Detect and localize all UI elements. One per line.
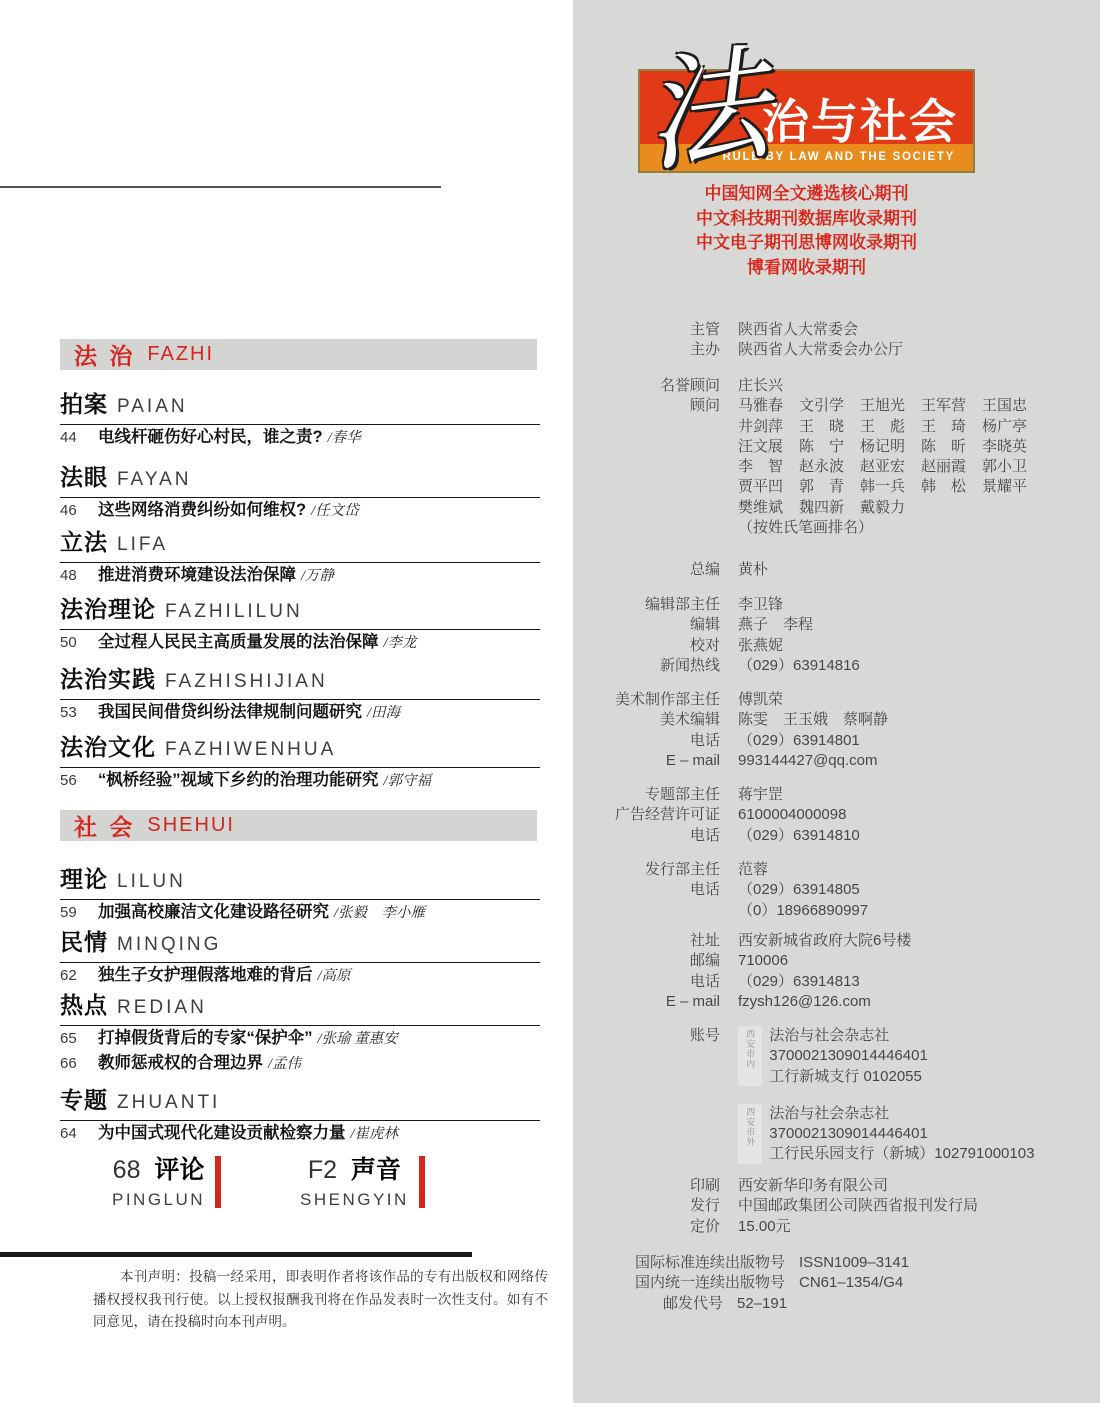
advisor-name: 王旭光 [860, 396, 905, 416]
advisor-name: 李晓英 [982, 437, 1027, 457]
advisor-names: 马雅春文引学王旭光王军营王国忠 [738, 396, 1043, 416]
toc-category: 法治理论FAZHILILUN50全过程人民民主高质量发展的法治保障/李龙 [60, 591, 540, 655]
account-lines: 法治与社会杂志社3700021309014446401工行民乐园支行（新城）10… [769, 1104, 1034, 1165]
masthead-value: 傅凯荣 [738, 690, 783, 710]
masthead-value: 西安新华印务有限公司 [738, 1176, 888, 1196]
toc-category: 法治文化FAZHIWENHUA56“枫桥经验”视域下乡约的治理功能研究/郭守福 [60, 729, 540, 793]
article-author: /孟伟 [268, 1052, 301, 1076]
category-pinyin: FAZHISHIJIAN [165, 671, 328, 693]
masthead-label: E – mail [573, 992, 720, 1012]
publication-id-value: 52–191 [737, 1295, 787, 1312]
article-title: 推进消费环境建设法治保障 [98, 563, 296, 587]
page-number: 48 [60, 564, 98, 588]
toc-category: 民情MINQING62独生子女护理假落地难的背后/高原 [60, 924, 540, 988]
ref-red-bar [419, 1156, 425, 1208]
advisor-name: 杨记明 [860, 437, 905, 457]
page-number: 56 [60, 769, 98, 793]
category-title: 法治文化 [60, 729, 156, 762]
page-number: 65 [60, 1027, 98, 1051]
article-title: 加强高校廉洁文化建设路径研究 [98, 900, 329, 924]
advisor-names: 樊维斌魏四新戴毅力 [738, 498, 921, 518]
magazine-logo: 法 治与社会 RULE BY LAW AND THE SOCIETY [638, 69, 975, 173]
certification-line: 博看网收录期刊 [638, 256, 975, 281]
toc-item: 56“枫桥经验”视域下乡约的治理功能研究/郭守福 [60, 768, 540, 793]
masthead-label [573, 457, 720, 477]
article-title: 教师惩戒权的合理边界 [98, 1051, 263, 1075]
masthead-label: 顾问 [573, 396, 720, 416]
advisor-name: 韩 松 [921, 477, 966, 497]
masthead-label: 账号 [573, 1026, 720, 1182]
masthead-value: 710006 [738, 951, 788, 971]
category-pinyin: REDIAN [117, 997, 207, 1019]
toc-item: 59加强高校廉洁文化建设路径研究/张毅 李小雁 [60, 900, 540, 925]
toc-ref-texts: F2 声音SHENGYIN [300, 1150, 409, 1210]
article-title: 我国民间借贷纠纷法律规制问题研究 [98, 700, 362, 724]
masthead-label: 社址 [573, 931, 720, 951]
page-number: 50 [60, 631, 98, 655]
ref-pinyin: SHENGYIN [300, 1190, 409, 1210]
masthead-row: 电话（029）63914805 [573, 880, 1100, 900]
category-header: 法治实践FAZHISHIJIAN [60, 661, 540, 700]
advisor-name: 樊维斌 [738, 498, 783, 518]
advisor-name: 郭小卫 [982, 457, 1027, 477]
ref-page-number: 68 [113, 1156, 155, 1184]
article-author: /春华 [328, 426, 361, 450]
category-pinyin: PAIAN [117, 396, 188, 418]
masthead-label: 电话 [573, 880, 720, 900]
article-title: “枫桥经验”视域下乡约的治理功能研究 [98, 768, 379, 792]
masthead-row: 广告经营许可证6100004000098 [573, 805, 1100, 825]
masthead-row: 专题部主任蒋宇罡 [573, 785, 1100, 805]
magazine-toc-page: 法 治与社会 RULE BY LAW AND THE SOCIETY 中国知网全… [0, 0, 1100, 1416]
masthead-label [573, 498, 720, 518]
certifications: 中国知网全文遴选核心期刊中文科技期刊数据库收录期刊中文电子期刊思博网收录期刊博看… [638, 182, 975, 280]
publication-id-value: ISSN1009–3141 [799, 1254, 909, 1271]
masthead-label: 校对 [573, 636, 720, 656]
category-header: 法治文化FAZHIWENHUA [60, 729, 540, 768]
accounts-row: 账号西安市内法治与社会杂志社3700021309014446401工行新城支行 … [573, 1026, 1100, 1182]
masthead-label [573, 477, 720, 497]
masthead-value: （029）63914813 [738, 972, 860, 992]
masthead-row: 新闻热线（029）63914816 [573, 656, 1100, 676]
masthead-value: （029）63914810 [738, 826, 860, 846]
page-number: 66 [60, 1052, 98, 1076]
article-title: 电线杆砸伤好心村民，谁之责? [98, 425, 323, 449]
masthead-value: fzysh126@126.com [738, 992, 871, 1012]
advisor-row: 樊维斌魏四新戴毅力 [573, 498, 1100, 518]
masthead-label: 主办 [573, 340, 720, 360]
masthead-label: 电话 [573, 731, 720, 751]
publication-id-label: 邮发代号 [663, 1295, 723, 1312]
category-header: 理论LILUN [60, 861, 540, 900]
advisor-row: 顾问马雅春文引学王旭光王军营王国忠 [573, 396, 1100, 416]
masthead-label [573, 417, 720, 437]
masthead-row: 名誉顾问庄长兴 [573, 376, 1100, 396]
masthead-row: 编辑燕子 李程 [573, 615, 1100, 635]
advisor-name: 魏四新 [799, 498, 844, 518]
account-line: 3700021309014446401 [769, 1046, 928, 1066]
article-author: /李龙 [384, 631, 417, 655]
toc-item: 64为中国式现代化建设贡献检察力量/崔虎林 [60, 1121, 540, 1146]
advisor-name: 王军营 [921, 396, 966, 416]
advisor-name: 赵丽霞 [921, 457, 966, 477]
masthead-value: 燕子 李程 [738, 615, 813, 635]
masthead-row: （0）18966890997 [573, 901, 1100, 921]
masthead-label: 电话 [573, 826, 720, 846]
toc-ref: F2 声音SHENGYIN [300, 1150, 425, 1210]
masthead-label: 邮编 [573, 951, 720, 971]
masthead-value: 蒋宇罡 [738, 785, 783, 805]
ref-red-bar [215, 1156, 221, 1208]
account-line: 工行新城支行 0102055 [769, 1067, 928, 1087]
masthead-row: 美术制作部主任傅凯荣 [573, 690, 1100, 710]
section-band-title: 社 会 [74, 809, 135, 842]
advisor-name: 王国忠 [982, 396, 1027, 416]
masthead-row: 美术编辑陈雯 王玉娥 蔡啊静 [573, 710, 1100, 730]
masthead-value: （029）63914816 [738, 656, 860, 676]
article-author: /高原 [318, 964, 351, 988]
masthead-label: 印刷 [573, 1176, 720, 1196]
masthead-row: E – mailfzysh126@126.com [573, 992, 1100, 1012]
advisor-name: 赵亚宏 [860, 457, 905, 477]
article-title: 这些网络消费纠纷如何维权? [98, 498, 306, 522]
section-band-title: 法 治 [74, 338, 135, 371]
masthead-group: 账号西安市内法治与社会杂志社3700021309014446401工行新城支行 … [573, 1026, 1100, 1182]
section-band: 法 治FAZHI [60, 339, 537, 370]
masthead-row: 发行部主任范蓉 [573, 860, 1100, 880]
toc-ref-line: 68 评论 [112, 1150, 205, 1186]
account-blocks: 西安市内法治与社会杂志社3700021309014446401工行新城支行 01… [738, 1026, 1034, 1182]
account-line: 法治与社会杂志社 [769, 1026, 928, 1046]
advisor-name: 陈 宁 [799, 437, 844, 457]
category-title: 拍案 [60, 386, 108, 419]
ref-page-number: F2 [308, 1156, 351, 1184]
account-region-tag: 西安市内 [738, 1026, 762, 1086]
advisor-name: 王 琦 [921, 417, 966, 437]
masthead-value: 6100004000098 [738, 805, 846, 825]
article-author: /张瑜 董惠安 [318, 1027, 398, 1051]
masthead-value: 993144427@qq.com [738, 751, 878, 771]
masthead-value: 张燕妮 [738, 636, 783, 656]
article-title: 独生子女护理假落地难的背后 [98, 963, 313, 987]
bank-account: 西安市内法治与社会杂志社3700021309014446401工行新城支行 01… [738, 1026, 1034, 1087]
advisor-name: 汪文展 [738, 437, 783, 457]
toc-ref: 68 评论PINGLUN [112, 1150, 221, 1210]
article-author: /任文岱 [311, 499, 359, 523]
advisor-name: 井剑萍 [738, 417, 783, 437]
category-header: 热点REDIAN [60, 987, 540, 1026]
category-pinyin: MINQING [117, 934, 221, 956]
masthead-value: 陕西省人大常委会 [738, 320, 858, 340]
section-band-pinyin: SHEHUI [147, 814, 235, 837]
masthead-value: （029）63914801 [738, 731, 860, 751]
masthead-group: 印刷西安新华印务有限公司发行中国邮政集团公司陕西省报刊发行局定价15.00元 [573, 1176, 1100, 1237]
advisor-name: 文引学 [799, 396, 844, 416]
masthead-label: E – mail [573, 751, 720, 771]
advisor-name: 王 晓 [799, 417, 844, 437]
publication-id-label: 国内统一连续出版物号 [635, 1274, 785, 1291]
advisor-name: 景耀平 [982, 477, 1027, 497]
category-pinyin: FAZHILILUN [165, 601, 303, 623]
masthead-row: 印刷西安新华印务有限公司 [573, 1176, 1100, 1196]
masthead-row: 电话（029）63914801 [573, 731, 1100, 751]
masthead-row: 邮编710006 [573, 951, 1100, 971]
masthead-label: 广告经营许可证 [573, 805, 720, 825]
masthead-value: 范蓉 [738, 860, 768, 880]
masthead-label [573, 518, 720, 538]
masthead-row: E – mail993144427@qq.com [573, 751, 1100, 771]
publication-id-row: 国际标准连续出版物号ISSN1009–3141 [573, 1253, 1100, 1273]
masthead-group: 编辑部主任李卫锋编辑燕子 李程校对张燕妮新闻热线（029）63914816 [573, 595, 1100, 676]
article-author: /郭守福 [384, 769, 432, 793]
account-lines: 法治与社会杂志社3700021309014446401工行新城支行 010205… [769, 1026, 928, 1087]
toc-category: 理论LILUN59加强高校廉洁文化建设路径研究/张毅 李小雁 [60, 861, 540, 925]
advisor-names: 井剑萍王 晓王 彪王 琦杨广亭 [738, 417, 1043, 437]
category-pinyin: LILUN [117, 871, 186, 893]
toc-category: 专题ZHUANTI64为中国式现代化建设贡献检察力量/崔虎林 [60, 1082, 540, 1146]
publication-id-row: 国内统一连续出版物号CN61–1354/G4 [573, 1273, 1100, 1293]
category-header: 法治理论FAZHILILUN [60, 591, 540, 630]
masthead-label: 主管 [573, 320, 720, 340]
masthead-value: （0）18966890997 [738, 901, 868, 921]
page-number: 64 [60, 1122, 98, 1146]
article-title: 打掉假货背后的专家“保护伞” [98, 1026, 313, 1050]
article-title: 为中国式现代化建设贡献检察力量 [98, 1121, 346, 1145]
category-title: 理论 [60, 861, 108, 894]
ref-title: 声音 [351, 1156, 401, 1184]
toc-category: 法眼FAYAN46这些网络消费纠纷如何维权?/任文岱 [60, 459, 540, 523]
certification-line: 中文科技期刊数据库收录期刊 [638, 207, 975, 232]
masthead-label: 定价 [573, 1217, 720, 1237]
masthead-row: 校对张燕妮 [573, 636, 1100, 656]
page-number: 53 [60, 701, 98, 725]
page-number: 44 [60, 426, 98, 450]
ref-title: 评论 [154, 1156, 204, 1184]
category-header: 拍案PAIAN [60, 386, 540, 425]
publication-id-value: CN61–1354/G4 [799, 1274, 903, 1291]
masthead-label: 发行部主任 [573, 860, 720, 880]
masthead-group: 美术制作部主任傅凯荣美术编辑陈雯 王玉娥 蔡啊静电话（029）63914801E… [573, 690, 1100, 771]
masthead-group: 专题部主任蒋宇罡广告经营许可证6100004000098电话（029）63914… [573, 785, 1100, 846]
advisor-row: 贾平凹郭 青韩一兵韩 松景耀平 [573, 477, 1100, 497]
certification-line: 中文电子期刊思博网收录期刊 [638, 231, 975, 256]
category-header: 民情MINQING [60, 924, 540, 963]
toc-item: 62独生子女护理假落地难的背后/高原 [60, 963, 540, 988]
masthead-row: 总编黄朴 [573, 560, 1100, 580]
masthead-value: 15.00元 [738, 1217, 791, 1237]
advisor-names: 贾平凹郭 青韩一兵韩 松景耀平 [738, 477, 1043, 497]
advisor-names: 李 智赵永波赵亚宏赵丽霞郭小卫 [738, 457, 1043, 477]
masthead-row: 社址西安新城省政府大院6号楼 [573, 931, 1100, 951]
toc-category: 法治实践FAZHISHIJIAN53我国民间借贷纠纷法律规制问题研究/田海 [60, 661, 540, 725]
advisor-name: 韩一兵 [860, 477, 905, 497]
toc-category: 拍案PAIAN44电线杆砸伤好心村民，谁之责?/春华 [60, 386, 540, 450]
category-header: 立法LIFA [60, 524, 540, 563]
page-number: 46 [60, 499, 98, 523]
category-pinyin: FAZHIWENHUA [165, 739, 336, 761]
account-region-tag: 西安市外 [738, 1104, 762, 1164]
toc-item: 66教师惩戒权的合理边界/孟伟 [60, 1051, 540, 1076]
page-number: 59 [60, 901, 98, 925]
masthead-label: 电话 [573, 972, 720, 992]
masthead-group: 主管陕西省人大常委会主办陕西省人大常委会办公厅 [573, 320, 1100, 361]
toc-item: 48推进消费环境建设法治保障/万静 [60, 563, 540, 588]
category-pinyin: LIFA [117, 534, 168, 556]
account-line: 工行民乐园支行（新城）102791000103 [769, 1144, 1034, 1164]
masthead-label: 新闻热线 [573, 656, 720, 676]
masthead-value: 庄长兴 [738, 376, 783, 396]
masthead-label: 编辑 [573, 615, 720, 635]
toc-ref-line: F2 声音 [300, 1150, 409, 1186]
publication-id-row: 邮发代号52–191 [573, 1294, 1100, 1314]
category-title: 法治理论 [60, 591, 156, 624]
masthead-row: 编辑部主任李卫锋 [573, 595, 1100, 615]
toc-item: 46这些网络消费纠纷如何维权?/任文岱 [60, 498, 540, 523]
account-line: 法治与社会杂志社 [769, 1104, 1034, 1124]
toc-category: 热点REDIAN65打掉假货背后的专家“保护伞”/张瑜 董惠安66教师惩戒权的合… [60, 987, 540, 1076]
masthead-group: 发行部主任范蓉电话（029）63914805（0）18966890997 [573, 860, 1100, 921]
masthead-label: 名誉顾问 [573, 376, 720, 396]
masthead-row: 主办陕西省人大常委会办公厅 [573, 340, 1100, 360]
masthead-row: 发行中国邮政集团公司陕西省报刊发行局 [573, 1196, 1100, 1216]
advisor-row: 汪文展陈 宁杨记明陈 昕李晓英 [573, 437, 1100, 457]
advisor-name: 戴毅力 [860, 498, 905, 518]
masthead-value: 李卫锋 [738, 595, 783, 615]
masthead-value: 中国邮政集团公司陕西省报刊发行局 [738, 1196, 978, 1216]
category-header: 专题ZHUANTI [60, 1082, 540, 1121]
masthead-value: 西安新城省政府大院6号楼 [738, 931, 911, 951]
masthead-value: （029）63914805 [738, 880, 860, 900]
category-title: 专题 [60, 1082, 108, 1115]
toc: 法 治FAZHI拍案PAIAN44电线杆砸伤好心村民，谁之责?/春华法眼FAYA… [60, 0, 540, 1250]
bank-account: 西安市外法治与社会杂志社3700021309014446401工行民乐园支行（新… [738, 1104, 1034, 1165]
bottom-divider [0, 1252, 472, 1257]
masthead-group: 国际标准连续出版物号ISSN1009–3141国内统一连续出版物号CN61–13… [573, 1253, 1100, 1314]
account-line: 3700021309014446401 [769, 1124, 1034, 1144]
logo-title: 治与社会 [762, 85, 958, 152]
masthead-row: 电话（029）63914813 [573, 972, 1100, 992]
masthead-label: 总编 [573, 560, 720, 580]
article-author: /崔虎林 [351, 1122, 399, 1146]
masthead-value: （按姓氏笔画排名） [738, 518, 873, 538]
advisor-name: 李 智 [738, 457, 783, 477]
ref-pinyin: PINGLUN [112, 1190, 205, 1210]
article-title: 全过程人民民主高质量发展的法治保障 [98, 630, 379, 654]
masthead-label: 美术编辑 [573, 710, 720, 730]
category-title: 热点 [60, 987, 108, 1020]
toc-item: 44电线杆砸伤好心村民，谁之责?/春华 [60, 425, 540, 450]
masthead-group: 名誉顾问庄长兴顾问马雅春文引学王旭光王军营王国忠井剑萍王 晓王 彪王 琦杨广亭汪… [573, 376, 1100, 538]
toc-ref-texts: 68 评论PINGLUN [112, 1150, 205, 1210]
category-pinyin: ZHUANTI [117, 1092, 220, 1114]
section-band-pinyin: FAZHI [147, 343, 214, 366]
advisor-names: 汪文展陈 宁杨记明陈 昕李晓英 [738, 437, 1043, 457]
masthead-label: 发行 [573, 1196, 720, 1216]
page-number: 62 [60, 964, 98, 988]
section-band: 社 会SHEHUI [60, 810, 537, 841]
masthead-label [573, 901, 720, 921]
category-pinyin: FAYAN [117, 469, 191, 491]
logo-fa-calligraphy: 法 [637, 42, 775, 180]
advisor-row: 井剑萍王 晓王 彪王 琦杨广亭 [573, 417, 1100, 437]
masthead-label: 专题部主任 [573, 785, 720, 805]
advisor-name: 赵永波 [799, 457, 844, 477]
masthead-value: 黄朴 [738, 560, 768, 580]
article-author: /田海 [367, 701, 400, 725]
category-title: 民情 [60, 924, 108, 957]
masthead-value: 陈雯 王玉娥 蔡啊静 [738, 710, 888, 730]
advisor-name: 王 彪 [860, 417, 905, 437]
masthead-group: 总编黄朴 [573, 560, 1100, 580]
toc-item: 53我国民间借贷纠纷法律规制问题研究/田海 [60, 700, 540, 725]
advisor-name: 郭 青 [799, 477, 844, 497]
advisor-name: 陈 昕 [921, 437, 966, 457]
category-title: 法眼 [60, 459, 108, 492]
advisor-note-row: （按姓氏笔画排名） [573, 518, 1100, 538]
disclaimer: 本刊声明：投稿一经采用，即表明作者将该作品的专有出版权和网络传播权授权我刊行使。… [93, 1266, 548, 1334]
masthead-label: 编辑部主任 [573, 595, 720, 615]
toc-item: 65打掉假货背后的专家“保护伞”/张瑜 董惠安 [60, 1026, 540, 1051]
masthead-label [573, 437, 720, 457]
masthead-value: 陕西省人大常委会办公厅 [738, 340, 903, 360]
publication-id-label: 国际标准连续出版物号 [635, 1254, 785, 1271]
article-author: /万静 [301, 564, 334, 588]
masthead-row: 主管陕西省人大常委会 [573, 320, 1100, 340]
advisor-row: 李 智赵永波赵亚宏赵丽霞郭小卫 [573, 457, 1100, 477]
category-title: 法治实践 [60, 661, 156, 694]
toc-category: 立法LIFA48推进消费环境建设法治保障/万静 [60, 524, 540, 588]
article-author: /张毅 李小雁 [334, 901, 425, 925]
advisor-name: 贾平凹 [738, 477, 783, 497]
masthead-row: 电话（029）63914810 [573, 826, 1100, 846]
advisor-name: 马雅春 [738, 396, 783, 416]
toc-item: 50全过程人民民主高质量发展的法治保障/李龙 [60, 630, 540, 655]
masthead-label: 美术制作部主任 [573, 690, 720, 710]
advisor-name: 杨广亭 [982, 417, 1027, 437]
masthead-group: 社址西安新城省政府大院6号楼邮编710006电话（029）63914813E –… [573, 931, 1100, 1012]
masthead-row: 定价15.00元 [573, 1217, 1100, 1237]
category-header: 法眼FAYAN [60, 459, 540, 498]
category-title: 立法 [60, 524, 108, 557]
